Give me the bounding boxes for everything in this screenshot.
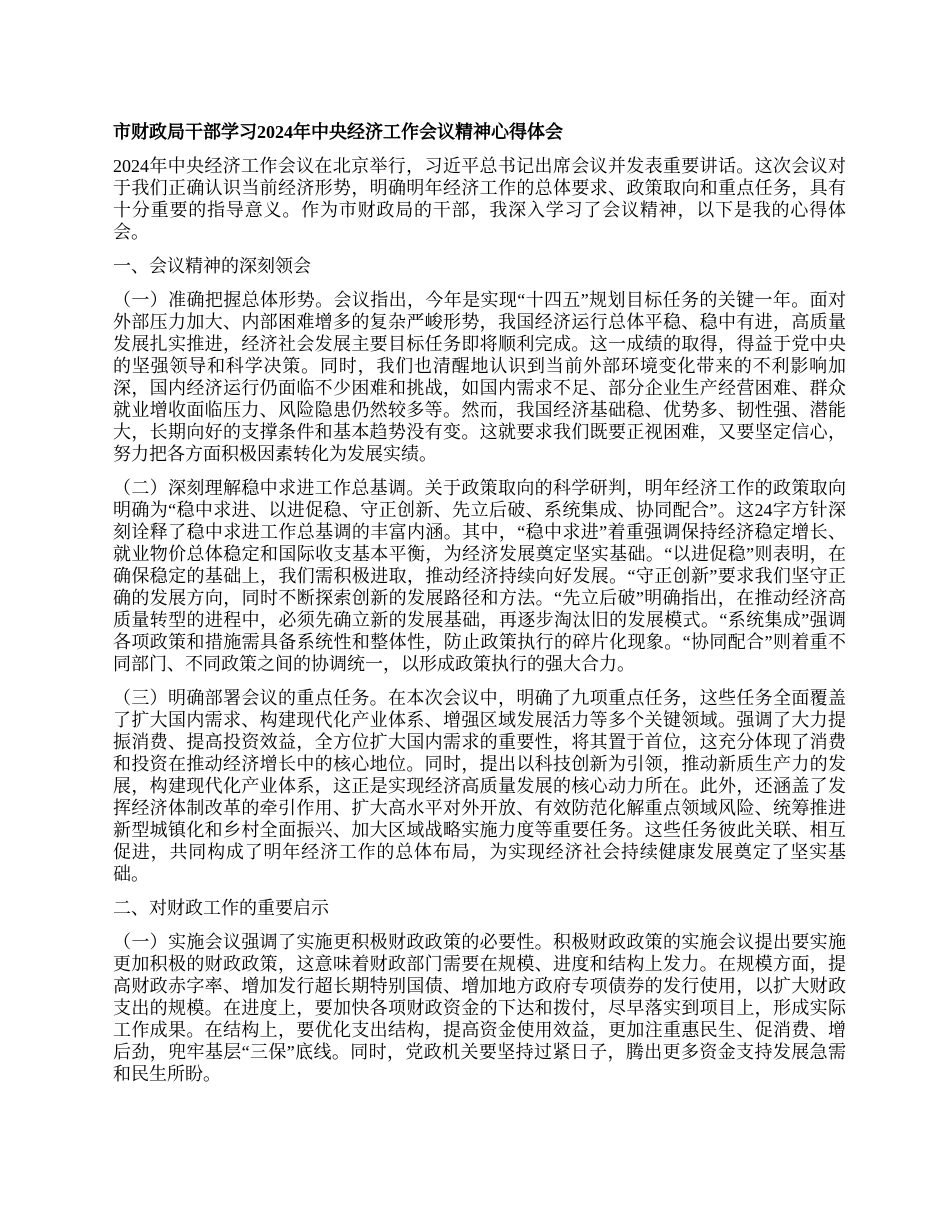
section-1-paragraph-1: （一）准确把握总体形势。会议指出，今年是实现“十四五”规划目标任务的关键一年。面… [113,289,846,465]
section-1-paragraph-3: （三）明确部署会议的重点任务。在本次会议中，明确了九项重点任务，这些任务全面覆盖… [113,687,846,885]
section-2-heading: 二、对财政工作的重要启示 [113,897,846,919]
section-1-paragraph-2: （二）深刻理解稳中求进工作总基调。关于政策取向的科学研判，明年经济工作的政策取向… [113,477,846,675]
document-title: 市财政局干部学习2024年中央经济工作会议精神心得体会 [113,121,846,143]
intro-paragraph: 2024年中央经济工作会议在北京举行，习近平总书记出席会议并发表重要讲话。这次会… [113,155,846,243]
document-body: 市财政局干部学习2024年中央经济工作会议精神心得体会 2024年中央经济工作会… [113,121,846,1085]
section-2-paragraph-1: （一）实施会议强调了实施更积极财政政策的必要性。积极财政政策的实施会议提出要实施… [113,931,846,1085]
section-1-heading: 一、会议精神的深刻领会 [113,255,846,277]
document-page: 市财政局干部学习2024年中央经济工作会议精神心得体会 2024年中央经济工作会… [0,0,950,1230]
